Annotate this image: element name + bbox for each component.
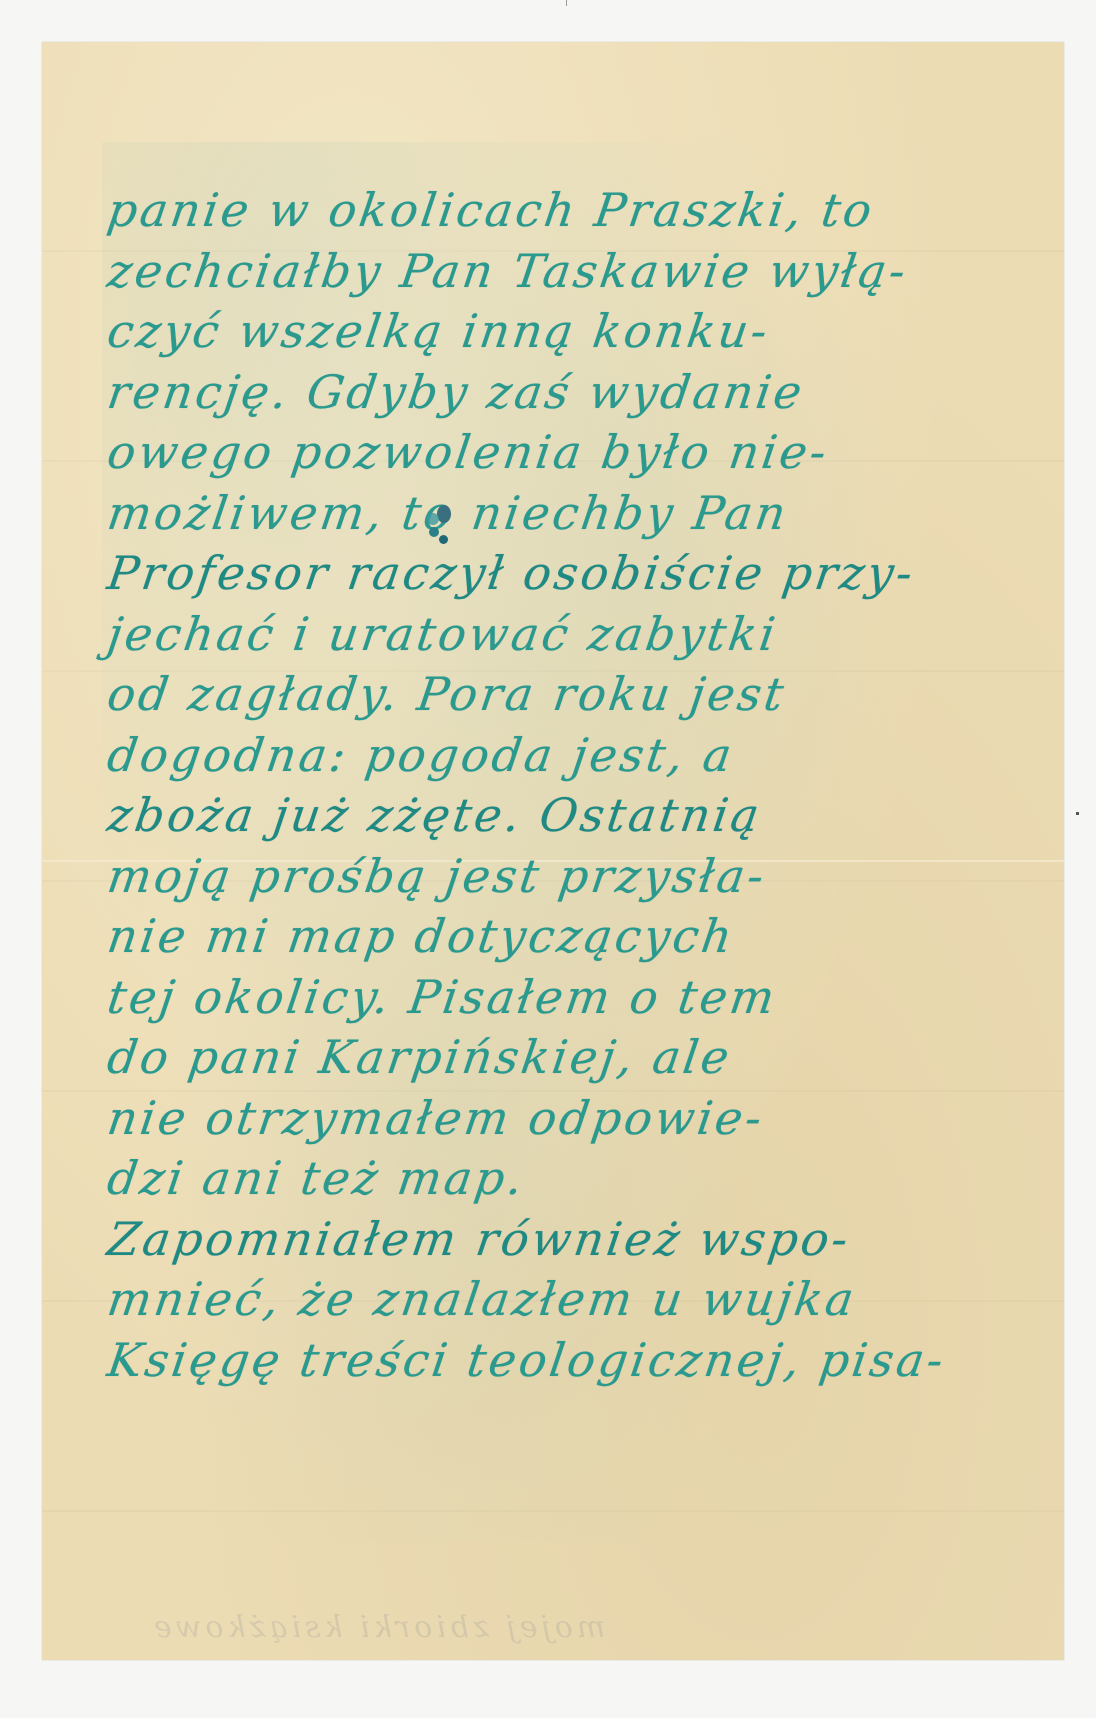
text-line: dogodna: pogoda jest, a [104,725,1013,786]
text-line: moją prośbą jest przysła- [104,846,1013,907]
text-line: czyć wszelką inną konku- [104,301,1013,362]
ink-blot [425,505,461,551]
scan-mark [1076,812,1079,815]
text-line: owego pozwolenia było nie- [104,422,1013,483]
text-line: Zapomniałem również wspo- [104,1209,1013,1270]
text-line: mnieć, że znalazłem u wujka [104,1269,1013,1330]
text-line: zboża już zżęte. Ostatnią [104,785,1013,846]
text-line: nie otrzymałem odpowie- [104,1088,1013,1149]
text-line: rencję. Gdyby zaś wydanie [104,362,1013,423]
text-line: jechać i uratować zabytki [104,604,1013,665]
text-line: nie mi map dotyczących [104,906,1013,967]
scan-mark [566,0,567,6]
text-line: Księgę treści teologicznej, pisa- [104,1330,1013,1391]
text-line: dzi ani też map. [104,1148,1013,1209]
text-line: panie w okolicach Praszki, to [104,180,1013,241]
text-line: od zagłady. Pora roku jest [104,664,1013,725]
bleed-through-text: mojej zbiorki książkowe [150,1610,605,1645]
text-line: możliwem, to niechby Pan [104,483,1013,544]
handwritten-text-block: panie w okolicach Praszki, to zechciałby… [108,180,1008,1390]
text-line: zechciałby Pan Taskawie wyłą- [104,241,1013,302]
text-line: do pani Karpińskiej, ale [104,1027,1013,1088]
text-line: Profesor raczył osobiście przy- [104,543,1013,604]
text-line: tej okolicy. Pisałem o tem [104,967,1013,1028]
